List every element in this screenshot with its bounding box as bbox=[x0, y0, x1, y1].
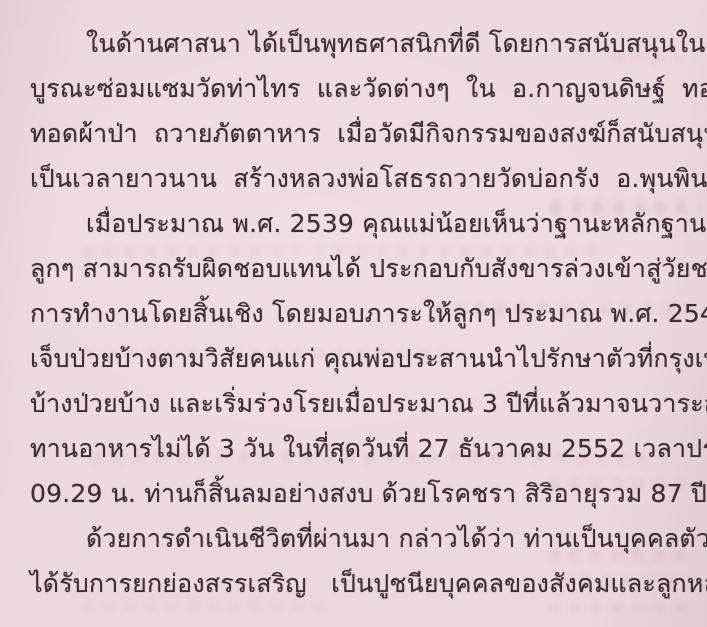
body-text: ในด้านศาสนา ได้เป็นพุทธศาสนิกที่ดี โดยกา… bbox=[30, 21, 685, 606]
text-line: เจ็บป่วยบ้างตามวิสัยคนแก่ คุณพ่อประสานนำ… bbox=[30, 336, 685, 381]
text-line: บ้างป่วยบ้าง และเริ่มร่วงโรยเมื่อประมาณ … bbox=[30, 381, 685, 426]
text-line: การทำงานโดยสิ้นเชิง โดยมอบภาระให้ลูกๆ ปร… bbox=[30, 291, 685, 336]
text-line: ได้รับการยกย่องสรรเสริญ เป็นปูชนียบุคคลข… bbox=[30, 561, 685, 606]
text-line: เป็นเวลายาวนาน สร้างหลวงพ่อโสธรถวายวัดบ่… bbox=[30, 156, 685, 201]
text-line: เมื่อประมาณ พ.ศ. 2539 คุณแม่น้อยเห็นว่าฐ… bbox=[30, 201, 685, 246]
document-page: ในด้านศาสนา ได้เป็นพุทธศาสนิกที่ดี โดยกา… bbox=[0, 0, 707, 627]
text-line: ทอดผ้าป่า ถวายภัตตาหาร เมื่อวัดมีกิจกรรม… bbox=[30, 111, 685, 156]
text-line: บูรณะซ่อมแซมวัดท่าไทร และวัดต่างๆ ใน อ.ก… bbox=[30, 66, 685, 111]
text-line: ลูกๆ สามารถรับผิดชอบแทนได้ ประกอบกับสังข… bbox=[30, 246, 685, 291]
text-line: ด้วยการดำเนินชีวิตที่ผ่านมา กล่าวได้ว่า … bbox=[30, 516, 685, 561]
text-line: ทานอาหารไม่ได้ 3 วัน ในที่สุดวันที่ 27 ธ… bbox=[30, 426, 685, 471]
text-line: ในด้านศาสนา ได้เป็นพุทธศาสนิกที่ดี โดยกา… bbox=[30, 21, 685, 66]
text-line: 09.29 น. ท่านก็สิ้นลมอย่างสงบ ด้วยโรคชรา… bbox=[30, 471, 685, 516]
